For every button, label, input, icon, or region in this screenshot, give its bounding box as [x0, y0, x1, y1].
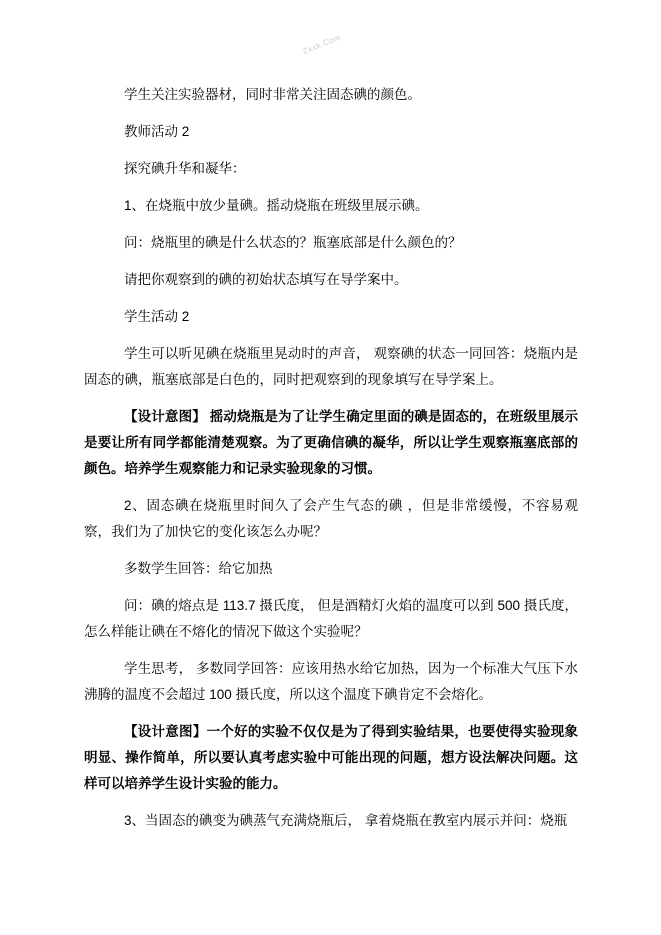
paragraph-design-intent-1: 【设计意图】 摇动烧瓶是为了让学生确定里面的碘是固态的，在班级里展示是要让所有同…: [84, 404, 578, 482]
paragraph-students-answer-hot-water: 学生思考， 多数同学回答：应该用热水给它加热，因为一个标准大气压下水沸腾的温度不…: [84, 656, 578, 708]
paragraph-step-3: 3、当固态的碘变为碘蒸气充满烧瓶后， 拿着烧瓶在教室内展示并问：烧瓶: [84, 808, 578, 834]
paragraph-fill-worksheet: 请把你观察到的碘的初始状态填写在导学案中。: [84, 267, 578, 293]
paragraph-student-activity-2: 学生活动 2: [84, 304, 578, 330]
paragraph-explore-heading: 探究碘升华和凝华：: [84, 156, 578, 182]
paragraph-question-state: 问：烧瓶里的碘是什么状态的？瓶塞底部是什么颜色的？: [84, 230, 578, 256]
document-body: 学生关注实验器材，同时非常关注固态碘的颜色。 教师活动 2 探究碘升华和凝华： …: [84, 82, 578, 845]
paragraph-student-response: 学生可以听见碘在烧瓶里晃动时的声音， 观察碘的状态一同回答：烧瓶内是固态的碘，瓶…: [84, 341, 578, 393]
document-page: Zxxk.Com 学生关注实验器材，同时非常关注固态碘的颜色。 教师活动 2 探…: [0, 0, 661, 935]
paragraph-step-2: 2、固态碘在烧瓶里时间久了会产生气态的碘 ，但是非常缓慢，不容易观察，我们为了加…: [84, 493, 578, 545]
paragraph-teacher-activity-2: 教师活动 2: [84, 119, 578, 145]
paragraph-student-observation: 学生关注实验器材，同时非常关注固态碘的颜色。: [84, 82, 578, 108]
watermark: Zxxk.Com: [302, 33, 342, 56]
paragraph-students-answer-heat: 多数学生回答：给它加热: [84, 556, 578, 582]
paragraph-question-melting-point: 问：碘的熔点是 113.7 摄氏度， 但是酒精灯火焰的温度可以到 500 摄氏度…: [84, 593, 578, 645]
paragraph-step-1: 1、在烧瓶中放少量碘。摇动烧瓶在班级里展示碘。: [84, 193, 578, 219]
paragraph-design-intent-2: 【设计意图】一个好的实验不仅仅是为了得到实验结果，也要使得实验现象明显、操作简单…: [84, 719, 578, 797]
